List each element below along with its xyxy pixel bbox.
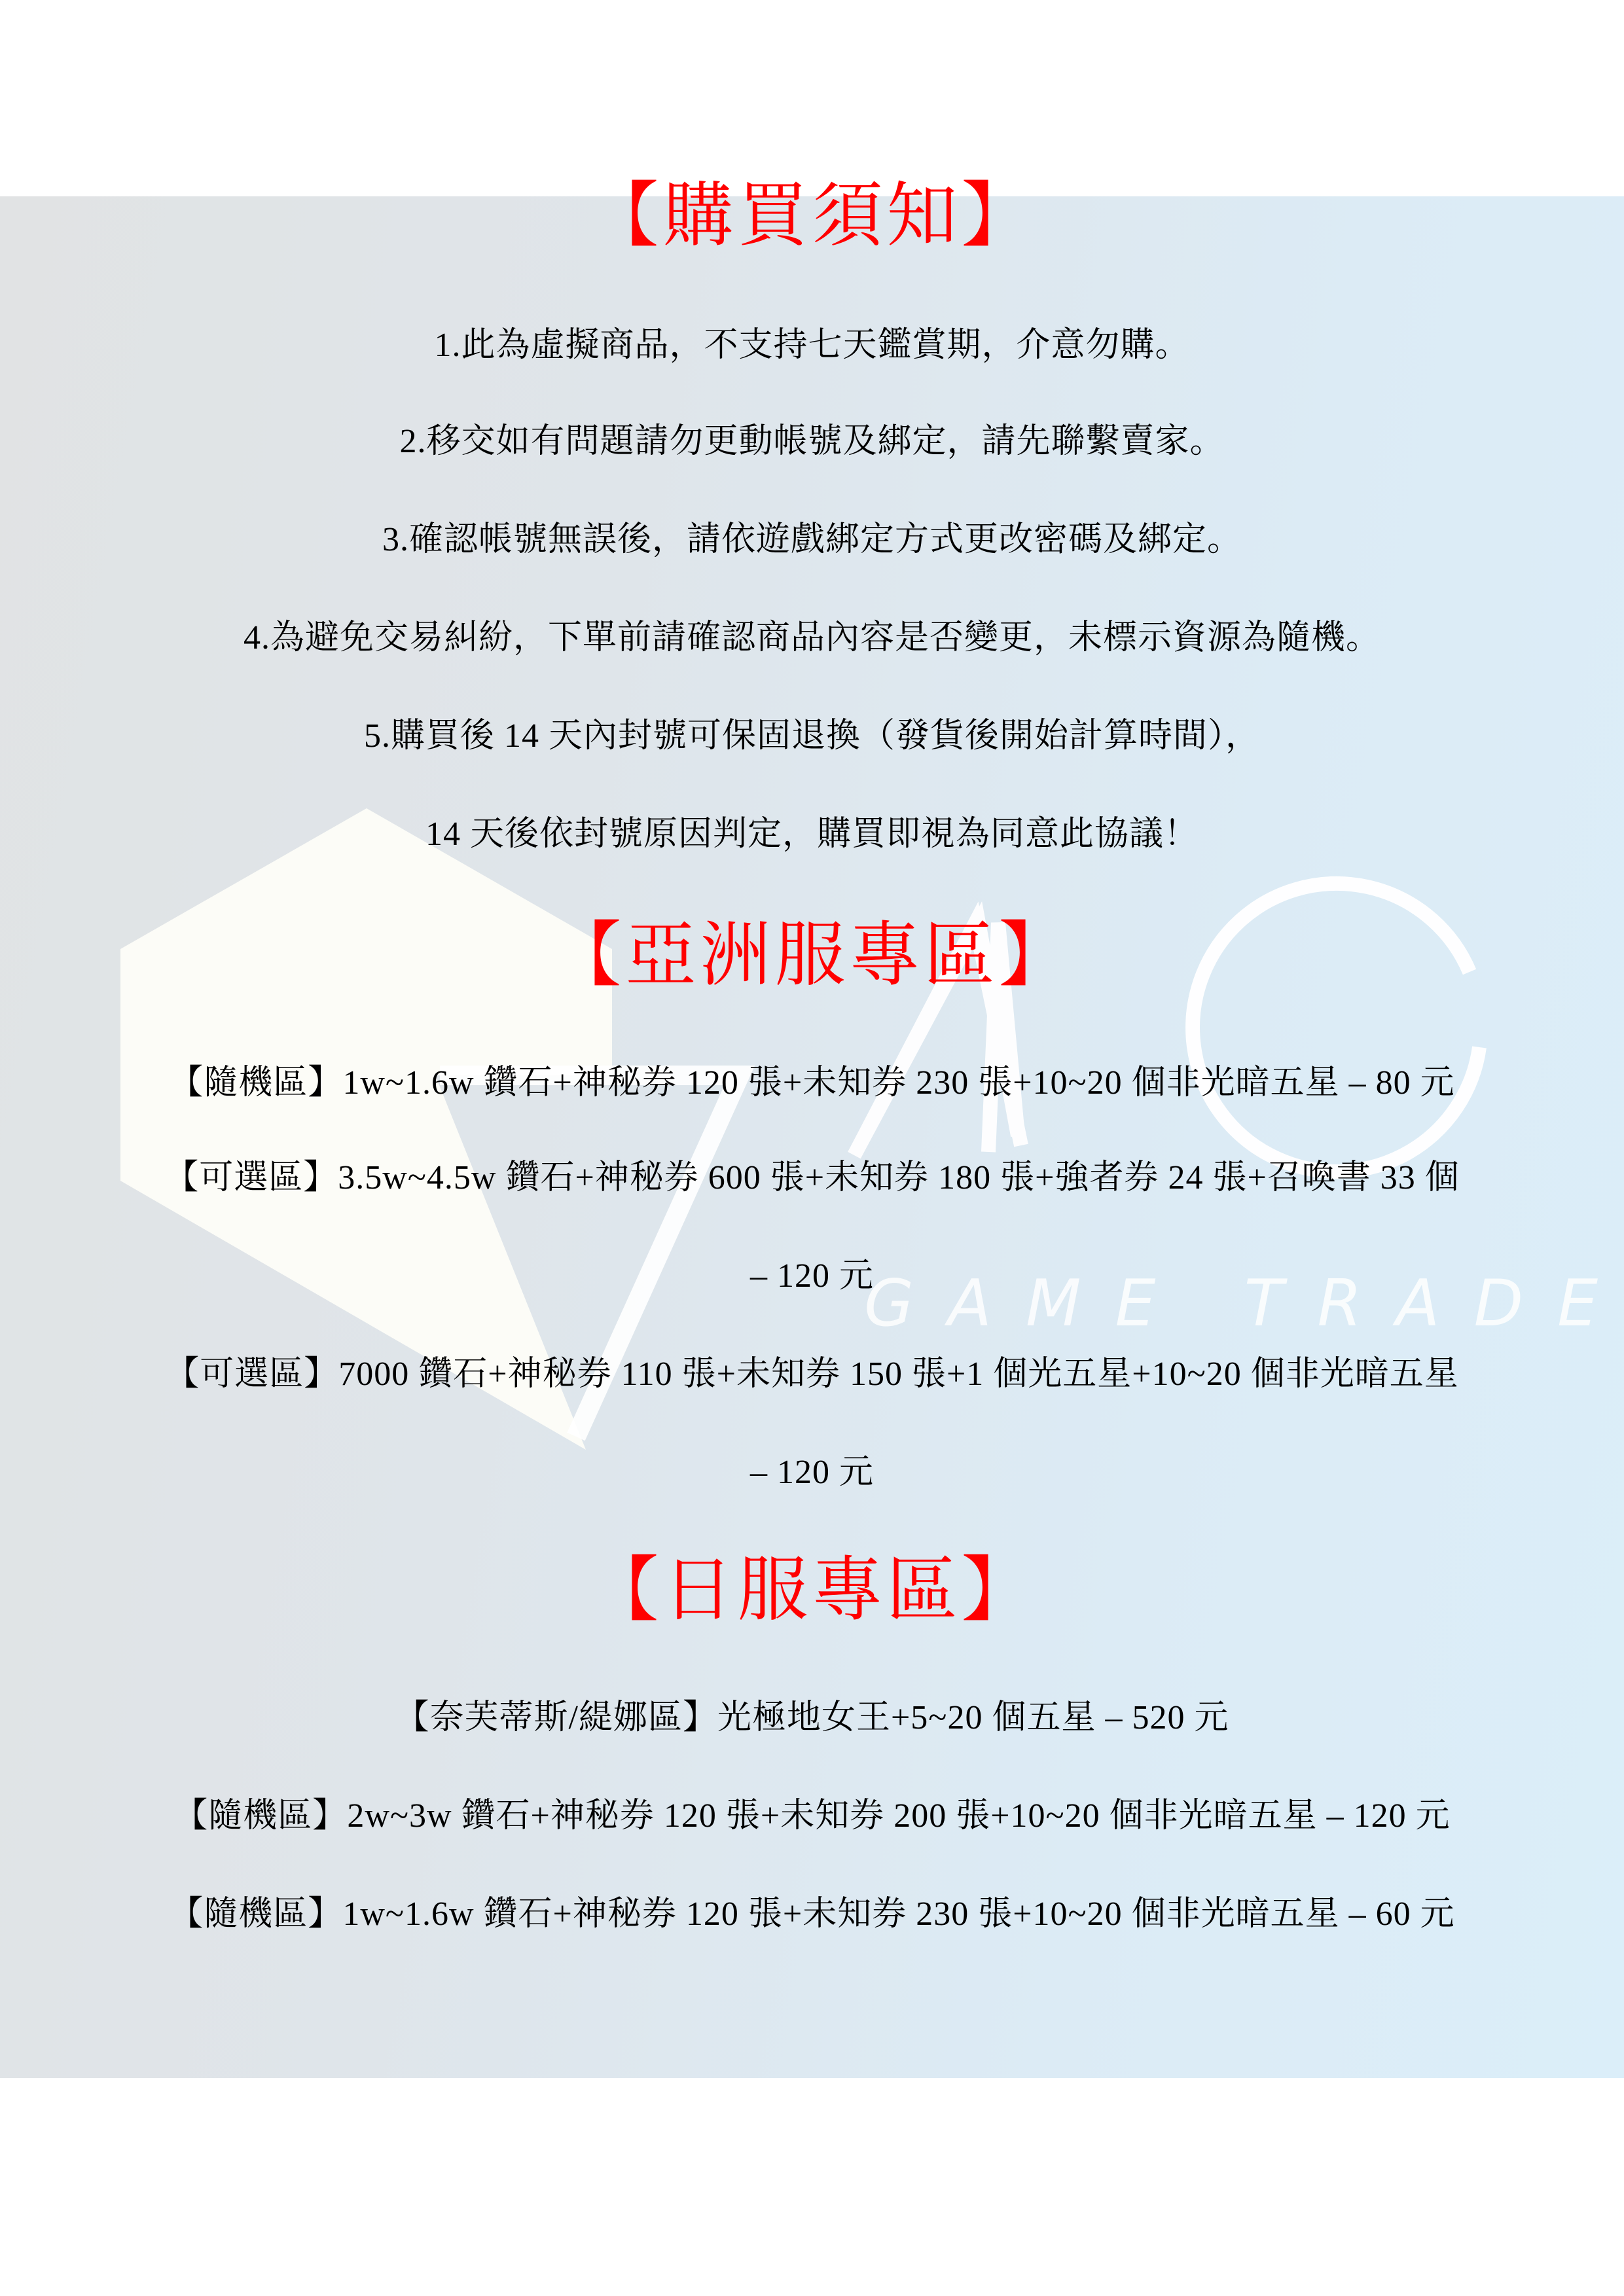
- product-tag: 【隨機區】: [169, 1064, 342, 1102]
- product-tag: 【隨機區】: [169, 1895, 342, 1933]
- asia-product-2-price: – 120 元: [0, 1253, 1624, 1299]
- notice-title: 【購買須知】: [0, 177, 1624, 255]
- asia-product-2: 【可選區】3.5w~4.5w 鑽石+神秘券 600 張+未知券 180 張+強者…: [0, 1155, 1624, 1201]
- japan-product-2: 【隨機區】2w~3w 鑽石+神秘券 120 張+未知券 200 張+10~20 …: [0, 1793, 1624, 1839]
- product-desc: 7000 鑽石+神秘券 110 張+未知券 150 張+1 個光五星+10~20…: [338, 1355, 1459, 1393]
- document-page: 【購買須知】 1.此為虛擬商品，不支持七天鑑賞期，介意勿購。 2.移交如有問題請…: [0, 0, 1624, 2296]
- asia-product-1: 【隨機區】1w~1.6w 鑽石+神秘券 120 張+未知券 230 張+10~2…: [0, 1060, 1624, 1106]
- product-desc: 1w~1.6w 鑽石+神秘券 120 張+未知券 230 張+10~20 個非光…: [342, 1895, 1339, 1933]
- asia-product-3-price: – 120 元: [0, 1450, 1624, 1496]
- asia-section-title: 【亞洲服專區】: [0, 916, 1624, 995]
- japan-product-3: 【隨機區】1w~1.6w 鑽石+神秘券 120 張+未知券 230 張+10~2…: [0, 1892, 1624, 1937]
- product-price: – 520 元: [1096, 1699, 1229, 1736]
- notice-item-3: 3.確認帳號無誤後，請依遊戲綁定方式更改密碼及綁定。: [0, 517, 1624, 563]
- japan-product-1: 【奈芙蒂斯/緹娜區】光極地女王+5~20 個五星 – 520 元: [0, 1695, 1624, 1741]
- product-desc: 1w~1.6w 鑽石+神秘券 120 張+未知券 230 張+10~20 個非光…: [342, 1064, 1339, 1102]
- product-price: – 120 元: [1318, 1797, 1451, 1835]
- notice-item-5: 5.購買後 14 天內封號可保固退換（發貨後開始計算時間），: [0, 713, 1624, 759]
- product-tag: 【隨機區】: [173, 1797, 347, 1835]
- japan-section-title: 【日服專區】: [0, 1551, 1624, 1630]
- product-desc: 光極地女王+5~20 個五星: [717, 1699, 1096, 1736]
- product-tag: 【奈芙蒂斯/緹娜區】: [395, 1699, 717, 1736]
- notice-item-4: 4.為避免交易糾紛，下單前請確認商品內容是否變更，未標示資源為隨機。: [0, 615, 1624, 661]
- product-price: – 80 元: [1340, 1064, 1455, 1102]
- product-desc: 3.5w~4.5w 鑽石+神秘券 600 張+未知券 180 張+強者券 24 …: [338, 1159, 1460, 1196]
- product-tag: 【可選區】: [164, 1159, 338, 1196]
- notice-item-1: 1.此為虛擬商品，不支持七天鑑賞期，介意勿購。: [0, 323, 1624, 368]
- asia-product-3: 【可選區】7000 鑽石+神秘券 110 張+未知券 150 張+1 個光五星+…: [0, 1352, 1624, 1397]
- product-desc: 2w~3w 鑽石+神秘券 120 張+未知券 200 張+10~20 個非光暗五…: [347, 1797, 1317, 1835]
- product-price: – 60 元: [1340, 1895, 1455, 1933]
- notice-item-2: 2.移交如有問題請勿更動帳號及綁定，請先聯繫賣家。: [0, 419, 1624, 465]
- product-tag: 【可選區】: [165, 1355, 338, 1393]
- notice-item-6: 14 天後依封號原因判定，購買即視為同意此協議！: [0, 812, 1624, 857]
